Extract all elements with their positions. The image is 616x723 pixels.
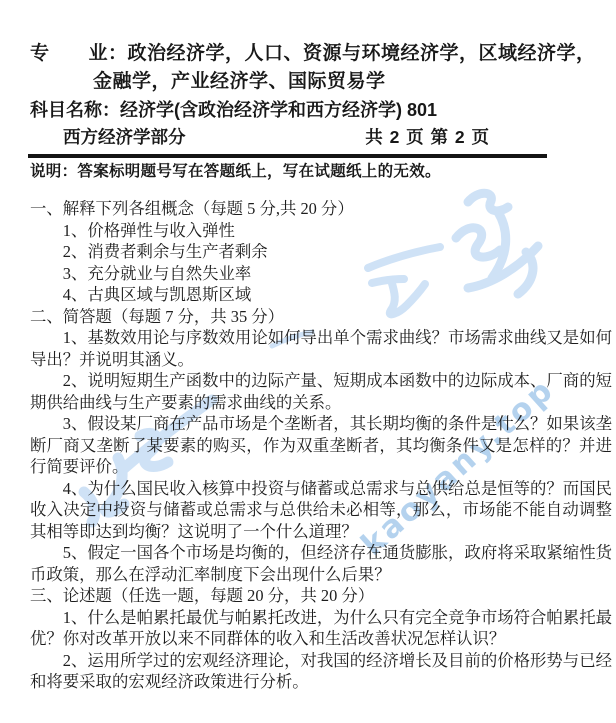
section-1-item-1: 1、价格弹性与收入弹性 [30,220,612,242]
exam-header: 专 业：政治经济学，人口、资源与环境经济学，区域经济学， 金融学，产业经济学、国… [30,40,612,184]
section-1-title: 一、解释下列各组概念（每题 5 分,共 20 分） [30,198,612,220]
section-3-title: 三、论述题（任选一题，每题 20 分，共 20 分） [30,585,612,607]
part-and-pages-row: 西方经济学部分 共 2 页 第 2 页 [30,124,612,151]
exam-body: 一、解释下列各组概念（每题 5 分,共 20 分） 1、价格弹性与收入弹性 2、… [30,198,612,693]
section-3-item-1: 1、什么是帕累托最优与帕累托改进，为什么只有完全竞争市场符合帕累托最优？你对改革… [30,607,612,650]
section-3-item-2: 2、运用所学过的宏观经济理论，对我国的经济增长及目前的价格形势与已经和将要采取的… [30,650,612,693]
part-title: 西方经济学部分 [30,124,186,151]
section-2-item-2: 2、说明短期生产函数中的边际产量、短期成本函数中的边际成本、厂商的短期供给曲线与… [30,370,612,413]
section-1-item-3: 3、充分就业与自然失业率 [30,263,612,285]
section-1-item-4: 4、古典区域与凯恩斯区域 [30,284,612,306]
subject-name-line: 科目名称：经济学(含政治经济学和西方经济学) 801 [30,96,612,124]
section-2-item-3: 3、假设某厂商在产品市场是个垄断者，其长期均衡的条件是什么？如果该垄断厂商又垄断… [30,413,612,478]
section-1-item-2: 2、消费者剩余与生产者剩余 [30,241,612,263]
section-2-title: 二、简答题（每题 7 分，共 35 分） [30,306,612,328]
notice-line: 说明：答案标明题号写在答题纸上，写在试题纸上的无效。 [30,160,612,184]
section-2-item-4: 4、为什么国民收入核算中投资与储蓄或总需求与总供给总是恒等的？而国民收入决定中投… [30,478,612,543]
divider-rule [28,154,547,158]
exam-content: 专 业：政治经济学，人口、资源与环境经济学，区域经济学， 金融学，产业经济学、国… [0,0,616,693]
exam-paper-page: kaoyany.top 专 业：政治经济学，人口、资源与环境经济学，区域经济学，… [0,0,616,723]
section-2-item-1: 1、基数效用论与序数效用论如何导出单个需求曲线？市场需求曲线又是如何导出？并说明… [30,327,612,370]
major-line: 专 业：政治经济学，人口、资源与环境经济学，区域经济学， [30,40,612,68]
major-line-continued: 金融学，产业经济学、国际贸易学 [30,68,612,96]
page-indicator: 共 2 页 第 2 页 [365,124,490,151]
section-2-item-5: 5、假定一国各个市场是均衡的，但经济存在通货膨胀，政府将采取紧缩性货币政策，那么… [30,542,612,585]
